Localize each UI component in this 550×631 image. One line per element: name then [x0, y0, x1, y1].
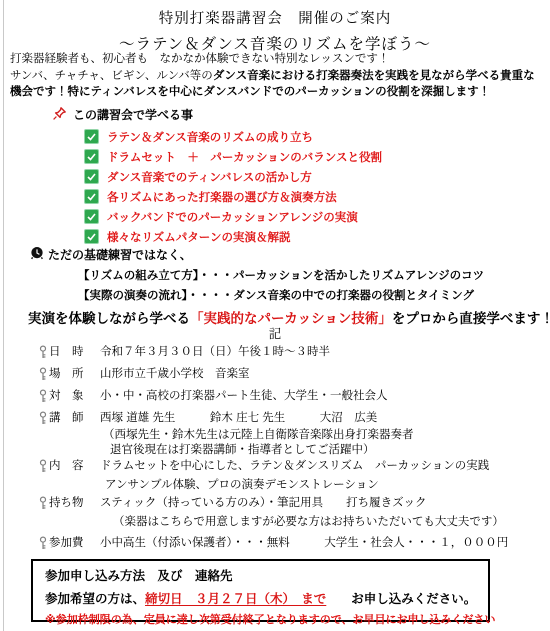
- page-title: 特別打楽器講習会 開催のご案内: [0, 7, 550, 28]
- checkmark-icon: [84, 189, 99, 204]
- intro-line-1: 打楽器経験者も、初心者も なかなか体験できない特別なレッスンです！: [10, 51, 542, 68]
- detail-label: 参加費: [49, 536, 100, 550]
- detail-label: 持ち物: [49, 496, 100, 510]
- deadline-text: 締切日 ３月２７日（木） まで: [145, 592, 326, 606]
- learn-item-label: 各リズムにあった打楽器の選び方＆演奏方法: [107, 189, 337, 205]
- learn-heading: この講習会で学べる事: [52, 106, 550, 123]
- learn-item-label: バックバンドでのパーカッションアレンジの実演: [107, 209, 358, 225]
- learn-item-label: 様々なリズムパターンの実演＆解説: [107, 229, 291, 245]
- learn-item: ラテン＆ダンス音楽のリズムの成り立ち: [84, 130, 550, 143]
- detail-value: スティック（持っている方のみ）・筆記用具 打ち履きズック: [100, 496, 426, 510]
- learn-item: ドラムセット ＋ パーカッションのバランスと役割: [84, 150, 550, 163]
- detail-label: 日 時: [49, 345, 100, 359]
- key-icon: [38, 496, 48, 510]
- learn-item: ダンス音楽でのティンバレスの活かし方: [84, 170, 550, 183]
- key-icon: [38, 389, 48, 403]
- key-icon: [38, 536, 48, 550]
- emphasis-point: 【実際の演奏の流れ】・・・・ダンス音楽の中での打楽器の役割とタイミング: [78, 287, 550, 303]
- detail-value: ドラムセットを中心にした、ラテン＆ダンスリズム パーカッションの実践: [100, 459, 489, 473]
- detail-label: 場 所: [49, 367, 100, 381]
- emphasis-section: ただの基礎練習ではなく、 【リズムの組み立て方】・・・パーカッションを活かしたリ…: [0, 246, 550, 327]
- detail-row-place: 場 所 山形市立千歳小学校 音楽室: [38, 367, 543, 381]
- learn-item: 各リズムにあった打楽器の選び方＆演奏方法: [84, 190, 550, 203]
- checkmark-icon: [84, 209, 99, 224]
- key-icon: [38, 459, 48, 473]
- learn-heading-label: この講習会で学べる事: [73, 106, 193, 123]
- checkmark-icon: [84, 229, 99, 244]
- key-icon: [38, 411, 48, 425]
- learn-section: この講習会で学べる事 ラテン＆ダンス音楽のリズムの成り立ち ドラムセット ＋ パ…: [0, 106, 550, 243]
- detail-value: 小中高生（付添い保護者）・・・無料 大学生・社会人・・・１，０００円: [100, 536, 508, 550]
- clock-icon: [30, 246, 44, 263]
- learn-item-label: ラテン＆ダンス音楽のリズムの成り立ち: [107, 129, 313, 145]
- application-heading: 参加申し込み方法 及び 連絡先: [45, 566, 488, 584]
- emphasis-lead-label: ただの基礎練習ではなく、: [48, 246, 192, 263]
- detail-label: 内 容: [49, 459, 100, 473]
- learn-item-label: ダンス音楽でのティンバレスの活かし方: [107, 169, 312, 185]
- detail-row-content: 内 容 ドラムセットを中心にした、ラテン＆ダンスリズム パーカッションの実践: [38, 459, 543, 473]
- detail-row-audience: 対 象 小・中・高校の打楽器パート生徒、大学生・一般社会人: [38, 389, 543, 403]
- intro-paragraph: 打楽器経験者も、初心者も なかなか体験できない特別なレッスンです！ サンバ、チャ…: [10, 51, 542, 101]
- detail-row-bring: 持ち物 スティック（持っている方のみ）・筆記用具 打ち履きズック: [38, 496, 543, 510]
- key-icon: [38, 367, 48, 381]
- detail-label: 講 師: [49, 411, 100, 425]
- intro-line-2: サンバ、チャチャ、ビギン、ルンバ等のダンス音楽における打楽器奏法を実践を見ながら…: [10, 68, 542, 85]
- detail-subline: 退官後現在は打楽器講師・指導者としてご活躍中）: [110, 443, 543, 457]
- learn-item: 様々なリズムパターンの実演＆解説: [84, 230, 550, 243]
- emphasis-lead: ただの基礎練習ではなく、: [30, 246, 550, 262]
- detail-row-teachers: 講 師 西塚 道雄 先生 鈴木 庄七 先生 大沼 広美: [38, 411, 543, 425]
- key-icon: [38, 345, 48, 359]
- detail-row-fee: 参加費 小中高生（付添い保護者）・・・無料 大学生・社会人・・・１，０００円: [38, 536, 543, 550]
- checkmark-icon: [84, 169, 99, 184]
- detail-row-datetime: 日 時 令和７年３月３０日（日）午後１時～３時半: [38, 345, 543, 359]
- detail-subline: （楽器はこちらで用意しますが必要な方はお持ちいただいても大丈夫です）: [113, 515, 543, 529]
- flyer-page: 特別打楽器講習会 開催のご案内 ～ラテン＆ダンス音楽のリズムを学ぼう～ 打楽器経…: [0, 0, 550, 631]
- learn-item: バックバンドでのパーカッションアレンジの実演: [84, 210, 550, 223]
- learn-item-label: ドラムセット ＋ パーカッションのバランスと役割: [107, 149, 382, 165]
- pushpin-icon: [52, 106, 67, 124]
- emphasis-point: 【リズムの組み立て方】・・・パーカッションを活かしたリズムアレンジのコツ: [78, 267, 550, 283]
- application-box: 参加申し込み方法 及び 連絡先 参加希望の方は、締切日 ３月２７日（木） まで …: [31, 559, 490, 622]
- detail-label: 対 象: [49, 389, 100, 403]
- detail-value: 山形市立千歳小学校 音楽室: [100, 367, 250, 381]
- detail-subline: アンサンブル体験、プロの演奏デモンストレーション: [105, 478, 543, 492]
- details-list: 日 時 令和７年３月３０日（日）午後１時～３時半 場 所 山形市立千歳小学校 音…: [38, 345, 543, 550]
- detail-value: 小・中・高校の打楽器パート生徒、大学生・一般社会人: [100, 389, 388, 403]
- detail-value: 令和７年３月３０日（日）午後１時～３時半: [100, 345, 330, 359]
- checkmark-icon: [84, 129, 99, 144]
- detail-subline: （西塚先生・鈴木先生は元陸上自衛隊音楽隊出身打楽器奏者: [103, 428, 543, 442]
- detail-value: 西塚 道雄 先生 鈴木 庄七 先生 大沼 広美: [100, 411, 377, 425]
- header: 特別打楽器講習会 開催のご案内 ～ラテン＆ダンス音楽のリズムを学ぼう～: [0, 7, 550, 54]
- intro-line-3: 機会です！特にティンバレスを中心にダンスバンドでのパーカッションの役割を深掘しま…: [10, 84, 542, 101]
- notice-mark: 記: [0, 324, 550, 342]
- application-note: ※参加枠制限の為、定員に達し次第受付終了となりますので、お早目にお申し込みくださ…: [45, 611, 488, 627]
- application-request-line: 参加希望の方は、締切日 ３月２７日（木） まで お申し込みください。: [45, 589, 488, 607]
- checkmark-icon: [84, 149, 99, 164]
